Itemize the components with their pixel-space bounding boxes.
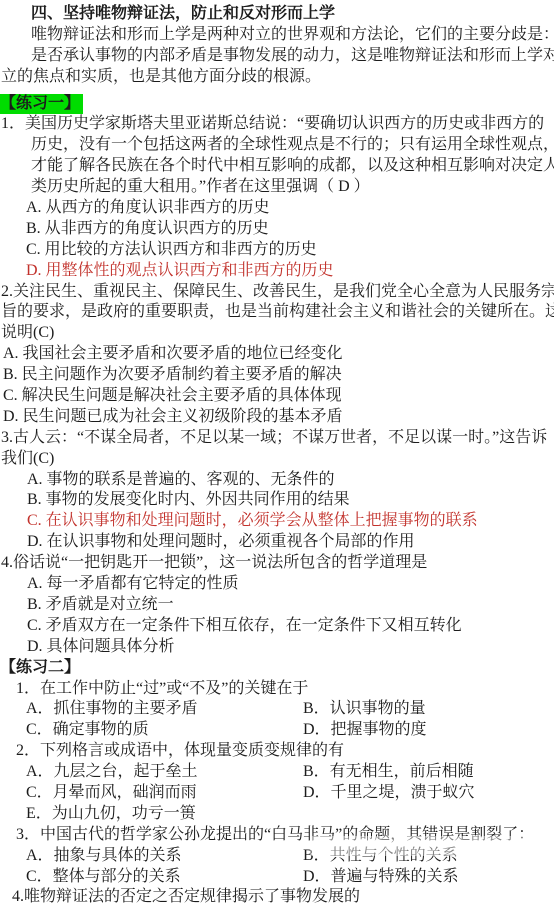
option-row: C．确定事物的质D．把握事物的度 [0,720,554,741]
question-stem-line: 3.古人云：“不谋全局者，不足以某一域；不谋万世者，不足以谋一时。”这告诉 [0,428,554,449]
question-1: 1．美国历史学家斯塔夫里亚诺斯总结说：“要确切认识西方的历史或非西方的 历史，没… [0,114,554,281]
exercise-1: 【练习一】 1．美国历史学家斯塔夫里亚诺斯总结说：“要确切认识西方的历史或非西方… [0,94,554,658]
question-stem-line: 说明(C) [0,323,554,344]
question-stem-line: 历史，没有一个包括这两者的全球性观点是不行的；只有运用全球性观点， [0,135,554,156]
option-d: D. 在认识事物和处理问题时，必须重视各个局部的作用 [0,532,554,553]
option-b: B．共性与个性的关系 [303,847,458,864]
question-4: 4.唯物辩证法的否定之否定规律揭示了事物发展的 [0,887,554,908]
option-b: B. 事物的发展变化时内、外因共同作用的结果 [0,490,554,511]
doc-title: 四、坚持唯物辩证法，防止和反对形而上学 [0,4,554,25]
question-3: 3．中国古代的哲学家公孙龙提出的“白马非马”的命题，其错误是割裂了： A．抽象与… [0,825,554,888]
option-a: A. 事物的联系是普遍的、客观的、无条件的 [0,470,554,491]
exercise-2-heading: 【练习二】 [0,658,554,679]
question-2: 2.关注民生、重视民主、保障民生、改善民生，是我们党全心全意为人民服务宗 旨的要… [0,282,554,428]
option-row: A．九层之台，起于垒土B．有无相生，前后相随 [0,762,554,783]
question-stem-line: 2．下列格言或成语中，体现量变质变规律的有 [0,741,554,762]
option-row: A．抽象与具体的关系B．共性与个性的关系 [0,846,554,867]
option-a: A．抽象与具体的关系 [26,846,303,867]
option-b: B．认识事物的量 [303,700,426,717]
option-c: C．确定事物的质 [26,720,303,741]
intro-line: 立的焦点和实质，也是其他方面分歧的根源。 [0,67,554,88]
option-d: D．把握事物的度 [303,721,427,738]
option-a: A. 从西方的角度认识非西方的历史 [0,198,554,219]
option-d: D. 具体问题具体分析 [0,637,554,658]
option-row: C．整体与部分的关系D．普遍与特殊的关系 [0,867,554,888]
option-a: A．抓住事物的主要矛盾 [26,699,303,720]
exercise-1-heading-line: 【练习一】 [0,94,554,115]
question-3: 3.古人云：“不谋全局者，不足以某一域；不谋万世者，不足以谋一时。”这告诉 我们… [0,428,554,553]
question-stem-line: 才能了解各民族在各个时代中相互影响的成都，以及这种相互影响对决定人 [0,156,554,177]
option-c: C．整体与部分的关系 [26,867,303,888]
option-c: C. 用比较的方法认识西方和非西方的历史 [0,240,554,261]
question-stem-line: 我们(C) [0,449,554,470]
option-e: E．为山九仞，功亏一篑 [26,804,303,825]
intro-line: 唯物辩证法和形而上学是两种对立的世界观和方法论，它们的主要分歧是： [0,25,554,46]
question-stem-line: 1．在工作中防止“过”或“不及”的关键在于 [0,679,554,700]
intro-line: 是否承认事物的内部矛盾是事物发展的动力，这是唯物辩证法和形而上学对 [0,46,554,67]
exercise-1-heading: 【练习一】 [0,94,83,115]
question-2: 2．下列格言或成语中，体现量变质变规律的有 A．九层之台，起于垒土B．有无相生，… [0,741,554,825]
option-d: D. 民生问题已成为社会主义初级阶段的基本矛盾 [0,407,554,428]
question-stem-line: 类历史所起的重大租用。”作者在这里强调（ D ） [0,177,554,198]
doc-header: 四、坚持唯物辩证法，防止和反对形而上学 唯物辩证法和形而上学是两种对立的世界观和… [0,4,554,88]
question-stem-line: 2.关注民生、重视民主、保障民生、改善民生，是我们党全心全意为人民服务宗 [0,282,554,303]
option-c: C. 矛盾双方在一定条件下相互依存，在一定条件下又相互转化 [0,616,554,637]
question-stem-line: 3．中国古代的哲学家公孙龙提出的“白马非马”的命题，其错误是割裂了： [0,825,554,846]
option-d: D．普遍与特殊的关系 [303,868,459,885]
option-b: B. 从非西方的角度认识西方的历史 [0,219,554,240]
option-d: D．千里之堤，溃于蚁穴 [303,784,475,801]
option-b: B. 民主问题作为次要矛盾制约着主要矛盾的解决 [0,365,554,386]
option-a: A. 每一矛盾都有它特定的性质 [0,574,554,595]
option-a: A. 我国社会主要矛盾和次要矛盾的地位已经变化 [0,344,554,365]
question-1: 1．在工作中防止“过”或“不及”的关键在于 A．抓住事物的主要矛盾B．认识事物的… [0,679,554,742]
question-stem-line: 旨的要求，是政府的重要职责，也是当前构建社会主义和谐社会的关键所在。这 [0,302,554,323]
option-c-answer: C. 在认识事物和处理问题时，必须学会从整体上把握事物的联系 [0,511,554,532]
option-c: C. 解决民生问题是解决社会主要矛盾的具体体现 [0,386,554,407]
option-c: C．月晕而风，础润而雨 [26,783,303,804]
option-d-answer: D. 用整体性的观点认识西方和非西方的历史 [0,261,554,282]
question-stem-line: 1．美国历史学家斯塔夫里亚诺斯总结说：“要确切认识西方的历史或非西方的 [0,114,554,135]
option-b: B. 矛盾就是对立统一 [0,595,554,616]
option-b: B．有无相生，前后相随 [303,763,474,780]
option-a: A．九层之台，起于垒土 [26,762,303,783]
option-row: C．月晕而风，础润而雨D．千里之堤，溃于蚁穴 [0,783,554,804]
question-stem-line: 4.俗话说“一把钥匙开一把锁”，这一说法所包含的哲学道理是 [0,553,554,574]
exercise-2: 【练习二】 1．在工作中防止“过”或“不及”的关键在于 A．抓住事物的主要矛盾B… [0,658,554,909]
question-4: 4.俗话说“一把钥匙开一把锁”，这一说法所包含的哲学道理是 A. 每一矛盾都有它… [0,553,554,657]
worksheet-page: 四、坚持唯物辩证法，防止和反对形而上学 唯物辩证法和形而上学是两种对立的世界观和… [0,0,554,908]
question-stem-line: 4.唯物辩证法的否定之否定规律揭示了事物发展的 [0,887,554,908]
option-row: E．为山九仞，功亏一篑 [0,804,554,825]
option-row: A．抓住事物的主要矛盾B．认识事物的量 [0,699,554,720]
